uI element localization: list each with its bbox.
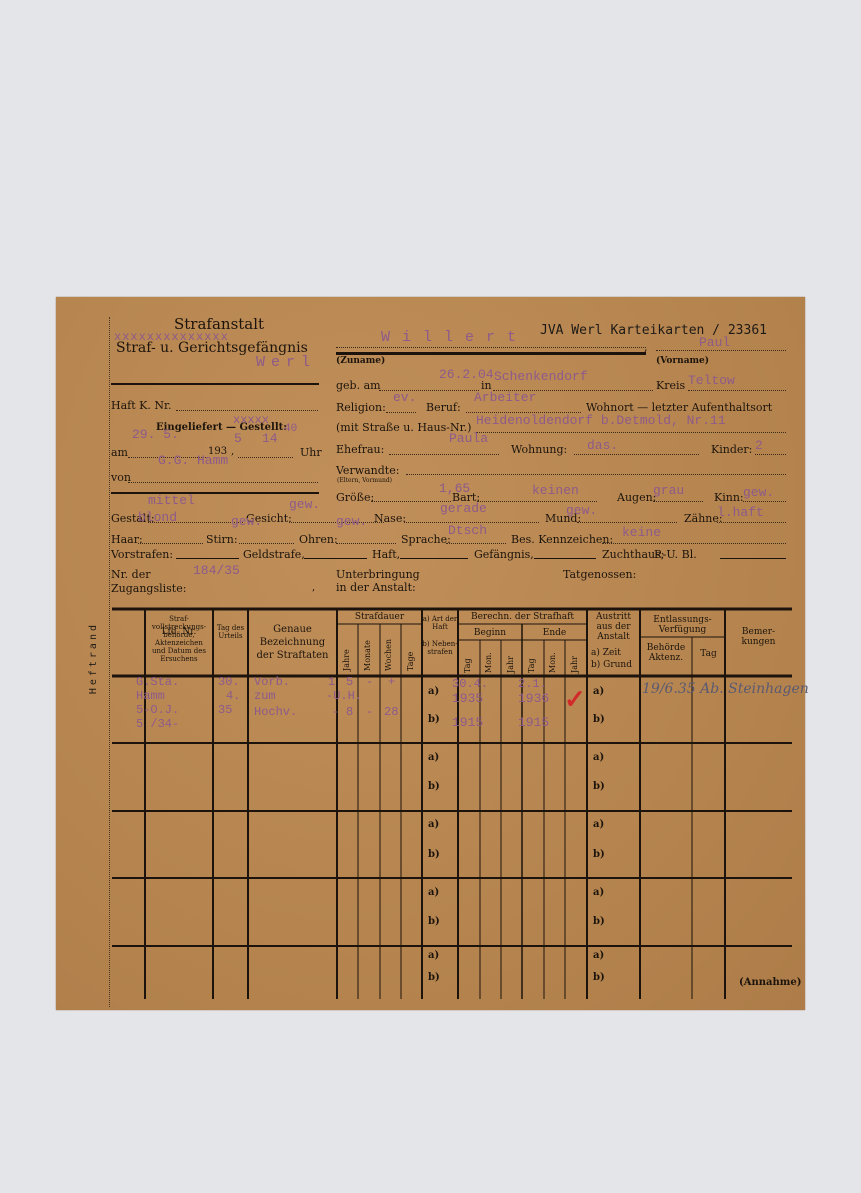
austritt-a-label: a) — [593, 819, 604, 830]
header-beginn-mon: Mon. — [484, 647, 493, 673]
austritt-a-label: a) — [593, 752, 604, 763]
behoerde-line: 5-O.J. — [136, 703, 179, 717]
prison-record-card: Heftrand Strafanstalt xxxxxxxxxxxxxx Str… — [56, 297, 805, 1010]
monate-value: 5 — [346, 675, 353, 689]
beginn-year: 1935 — [452, 691, 483, 706]
art-a-label: a) — [428, 752, 439, 763]
header-behoerde: Straf-vollstreckungs-behörde, Aktenzeich… — [148, 615, 210, 663]
art-b-label: b) — [428, 714, 440, 725]
header-art-haft: a) Art der Haft — [422, 615, 458, 631]
header-nebenstrafen: b) Neben-strafen — [422, 640, 458, 656]
header-tag-urteil: Tag des Urteils — [213, 624, 248, 640]
header-bezeichnung: Genaue Bezeichnung der Straftaten — [251, 623, 334, 662]
art-b-label: b) — [428, 916, 440, 927]
tage-value: + — [388, 675, 395, 689]
wochen-value: - — [366, 675, 373, 689]
header-austritt-b: b) Grund — [591, 660, 632, 670]
header-entlassung: Entlassungs-Verfügung — [640, 615, 725, 635]
austritt-b-label: b) — [593, 972, 605, 983]
tage-value: 28 — [384, 705, 398, 719]
art-b-label: b) — [428, 849, 440, 860]
tat-line: Hochv. — [254, 705, 297, 719]
tat-line: Vorb. — [254, 675, 290, 689]
header-beginn: Beginn — [458, 628, 522, 638]
jahre-value: - — [332, 705, 339, 719]
header-beginn-jahr: Jahr — [506, 647, 515, 673]
austritt-b-label: b) — [593, 849, 605, 860]
entlassung-handwritten-note: 19/6.35 Ab. Steinhagen — [642, 681, 809, 697]
behoerde-line: 5 /34- — [136, 717, 179, 731]
austritt-a-label: a) — [593, 950, 604, 961]
header-entlassung-tag: Tag — [692, 649, 725, 659]
monate-value: 8 — [346, 705, 353, 719]
red-check-mark: ✓ — [564, 685, 586, 715]
behoerde-line: Hamm — [136, 689, 165, 703]
austritt-b-label: b) — [593, 714, 605, 725]
header-jahre: Jahre — [342, 633, 351, 671]
behoerde-line: G.Sta. — [136, 675, 179, 689]
art-b-label: b) — [428, 781, 440, 792]
header-berechnung: Berechn. der Strafhaft — [458, 612, 587, 622]
annahme-label: (Annahme) — [739, 977, 801, 988]
header-strafdauer: Strafdauer — [337, 612, 422, 622]
header-ende-jahr: Jahr — [570, 647, 579, 673]
header-ende-mon: Mon. — [548, 647, 557, 673]
tat-line: zum — [254, 689, 276, 703]
art-a-label: a) — [428, 887, 439, 898]
header-austritt-a: a) Zeit — [591, 648, 621, 658]
austritt-b-label: b) — [593, 781, 605, 792]
austritt-a-label: a) — [593, 686, 604, 697]
wochen-value: - — [366, 705, 373, 719]
art-a-label: a) — [428, 686, 439, 697]
ende-date: 2.1. — [518, 677, 547, 691]
beginn-b: 1915 — [452, 715, 483, 730]
header-behoerde-aktenz: Behörde Aktenz. — [640, 643, 692, 663]
urteil-line: 30. — [218, 675, 240, 689]
jahre-value: 1 — [328, 675, 335, 689]
header-austritt: Austritt aus der Anstalt — [587, 612, 640, 642]
urteil-line: 35 — [218, 703, 232, 717]
header-monate: Monate — [363, 629, 372, 671]
header-beginn-tag: Tag — [463, 649, 472, 673]
austritt-a-label: a) — [593, 887, 604, 898]
ende-b: 1915 — [518, 715, 549, 730]
art-b-label: b) — [428, 972, 440, 983]
austritt-b-label: b) — [593, 916, 605, 927]
jahre-value: -U.H. — [326, 689, 362, 703]
header-bemerkungen: Bemer-kungen — [725, 627, 792, 647]
beginn-date: 30.4. — [452, 677, 488, 691]
header-tage: Tage — [406, 637, 415, 671]
urteil-line: 4. — [226, 689, 240, 703]
header-ende: Ende — [522, 628, 587, 638]
art-a-label: a) — [428, 819, 439, 830]
header-ende-tag: Tag — [527, 649, 536, 673]
art-a-label: a) — [428, 950, 439, 961]
ende-year: 1936 — [518, 691, 549, 706]
header-wochen: Wochen — [384, 631, 393, 671]
